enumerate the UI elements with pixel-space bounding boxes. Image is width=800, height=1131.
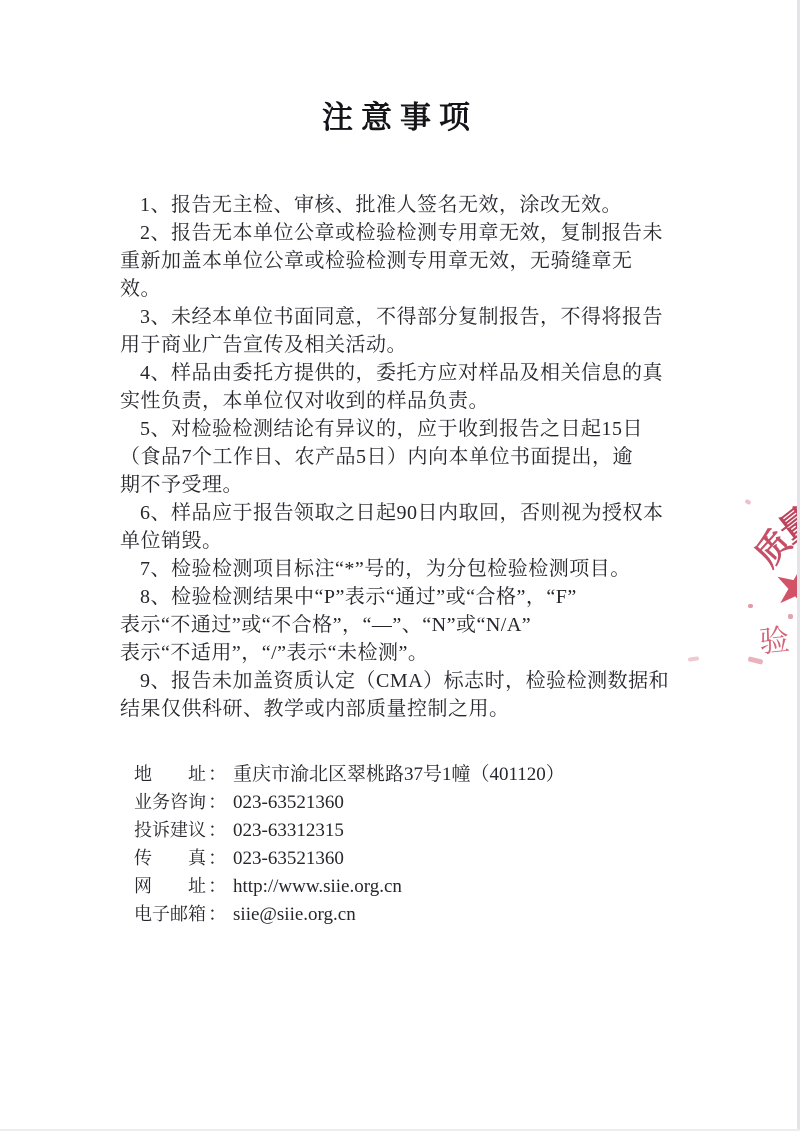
notice-list: 1、报告无主检、审核、批准人签名无效，涂改无效。 2、报告无本单位公章或检验检测… (120, 191, 695, 723)
contact-row-business-phone: 业务咨询：023-63521360 (134, 788, 565, 816)
contact-label: 地 址 (134, 760, 208, 788)
contact-colon: ： (208, 873, 227, 901)
contact-row-email: 电子邮箱：siie@siie.org.cn (134, 900, 565, 928)
stamp-arc-char: 量 (767, 493, 800, 553)
notice-line: 8、检验检测结果中“P”表示“通过”或“合格”，“F” (120, 583, 695, 611)
notice-item-1: 1、报告无主检、审核、批准人签名无效，涂改无效。 (120, 191, 695, 219)
contact-colon: ： (208, 845, 227, 873)
notice-line: 表示“不适用”，“/”表示“未检测”。 (120, 639, 695, 667)
notice-item-9: 9、报告未加盖资质认定（CMA）标志时，检验检测数据和 结果仅供科研、教学或内部… (120, 667, 695, 723)
notice-line: 6、样品应于报告领取之日起90日内取回，否则视为授权本 (120, 499, 695, 527)
notice-item-7: 7、检验检测项目标注“*”号的，为分包检验检测项目。 (120, 555, 695, 583)
notice-item-6: 6、样品应于报告领取之日起90日内取回，否则视为授权本 单位销毁。 (120, 499, 695, 555)
contact-value-address: 重庆市渝北区翠桃路37号1幢（401120） (233, 764, 565, 785)
stamp-ink-fragment (788, 614, 793, 619)
notice-line: 用于商业广告宣传及相关活动。 (120, 331, 695, 359)
stamp-ink-fragment (744, 499, 751, 505)
notice-item-5: 5、对检验检测结论有异议的，应于收到报告之日起15日 （食品7个工作日、农产品5… (120, 415, 695, 499)
notice-line: 效。 (120, 275, 695, 303)
contact-row-website: 网 址：http://www.siie.org.cn (134, 872, 565, 900)
notice-item-8: 8、检验检测结果中“P”表示“通过”或“合格”，“F” 表示“不通过”或“不合格… (120, 583, 695, 667)
contact-label: 传 真 (134, 844, 208, 872)
contact-row-fax: 传 真：023-63521360 (134, 844, 565, 872)
notice-item-3: 3、未经本单位书面同意，不得部分复制报告，不得将报告 用于商业广告宣传及相关活动… (120, 303, 695, 359)
contact-value-fax: 023-63521360 (233, 848, 344, 869)
notice-line: 重新加盖本单位公章或检验检测专用章无效，无骑缝章无 (120, 247, 695, 275)
notice-page: 注意事项 1、报告无主检、审核、批准人签名无效，涂改无效。 2、报告无本单位公章… (0, 0, 800, 1131)
contact-value-complaint-phone: 023-63312315 (233, 820, 344, 841)
contact-label: 业务咨询 (134, 788, 208, 816)
notice-line: 3、未经本单位书面同意，不得部分复制报告，不得将报告 (120, 303, 695, 331)
stamp-ink-fragment (748, 604, 753, 608)
contact-row-address: 地 址：重庆市渝北区翠桃路37号1幢（401120） (134, 760, 565, 788)
notice-line: （食品7个工作日、农产品5日）内向本单位书面提出，逾 (120, 443, 695, 471)
notice-line: 9、报告未加盖资质认定（CMA）标志时，检验检测数据和 (120, 667, 695, 695)
notice-line: 7、检验检测项目标注“*”号的，为分包检验检测项目。 (120, 555, 695, 583)
contact-info: 地 址：重庆市渝北区翠桃路37号1幢（401120） 业务咨询：023-6352… (134, 760, 565, 928)
contact-label: 投诉建议 (134, 816, 208, 844)
notice-line: 2、报告无本单位公章或检验检测专用章无效，复制报告未 (120, 219, 695, 247)
stamp-star-icon: ★ (767, 555, 800, 620)
stamp-inner-char: 验 (757, 615, 791, 662)
contact-label: 电子邮箱 (134, 900, 208, 928)
notice-item-4: 4、样品由委托方提供的，委托方应对样品及相关信息的真 实性负责，本单位仅对收到的… (120, 359, 695, 415)
contact-label: 网 址 (134, 872, 208, 900)
notice-item-2: 2、报告无本单位公章或检验检测专用章无效，复制报告未 重新加盖本单位公章或检验检… (120, 219, 695, 303)
contact-colon: ： (208, 901, 227, 929)
page-title: 注意事项 (0, 100, 800, 136)
notice-line: 1、报告无主检、审核、批准人签名无效，涂改无效。 (120, 191, 695, 219)
notice-line: 4、样品由委托方提供的，委托方应对样品及相关信息的真 (120, 359, 695, 387)
notice-line: 结果仅供科研、教学或内部质量控制之用。 (120, 695, 695, 723)
stamp-arc-char: 质 (741, 517, 800, 575)
contact-value-business-phone: 023-63521360 (233, 792, 344, 813)
notice-line: 表示“不通过”或“不合格”，“—”、“N”或“N/A” (120, 611, 695, 639)
notice-line: 单位销毁。 (120, 527, 695, 555)
contact-colon: ： (208, 761, 227, 789)
contact-value-website: http://www.siie.org.cn (233, 876, 402, 897)
stamp-ink-fragment (748, 656, 764, 664)
notice-line: 5、对检验检测结论有异议的，应于收到报告之日起15日 (120, 415, 695, 443)
contact-row-complaint-phone: 投诉建议：023-63312315 (134, 816, 565, 844)
notice-line: 期不予受理。 (120, 471, 695, 499)
notice-line: 实性负责，本单位仅对收到的样品负责。 (120, 387, 695, 415)
contact-colon: ： (208, 789, 227, 817)
contact-colon: ： (208, 817, 227, 845)
contact-value-email: siie@siie.org.cn (233, 904, 356, 925)
